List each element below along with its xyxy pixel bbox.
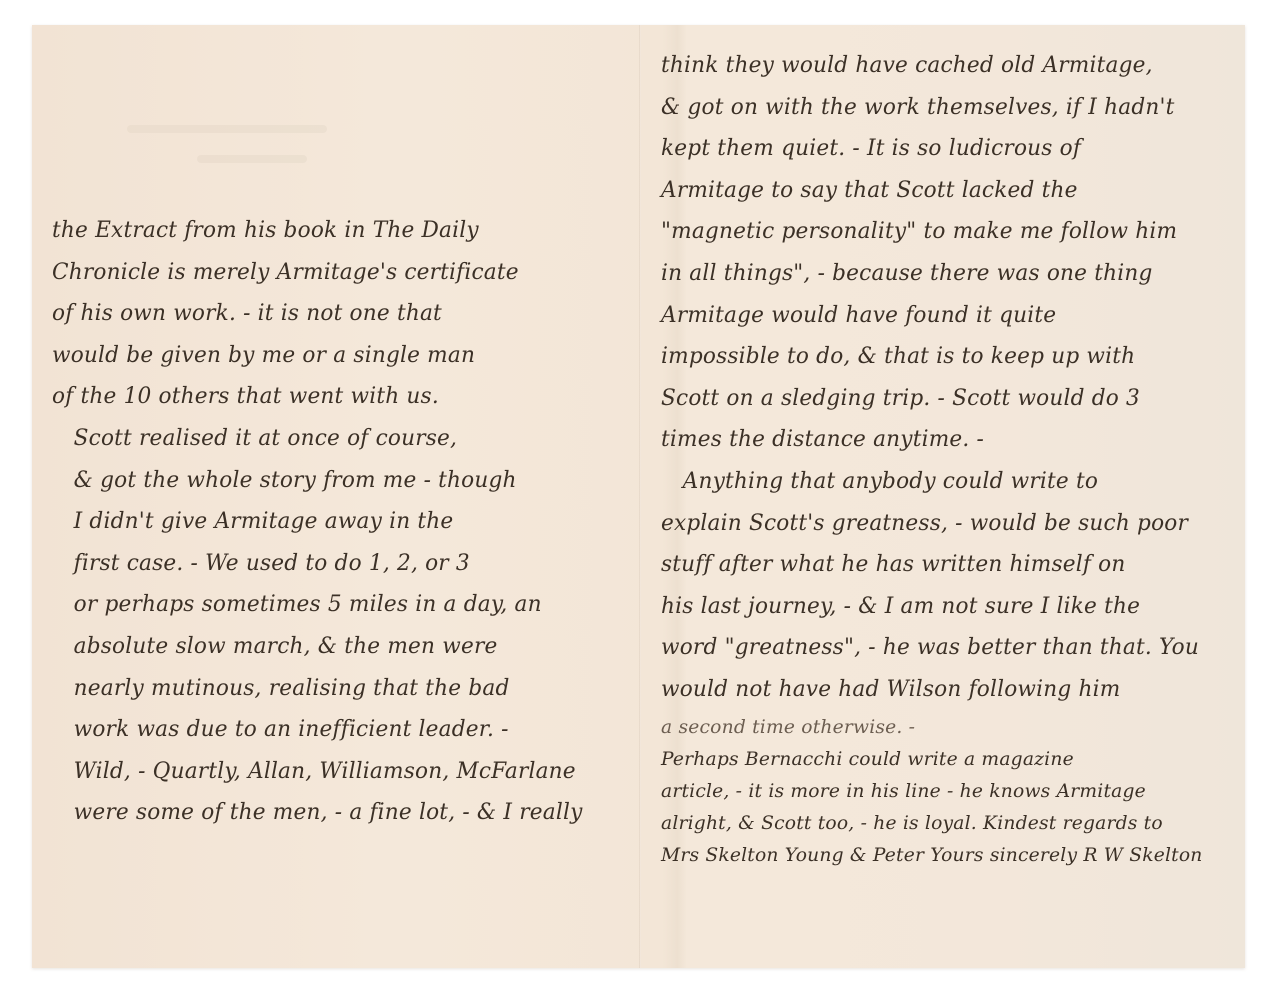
handwritten-line: I didn't give Armitage away in the bbox=[52, 501, 622, 543]
handwritten-line: of the 10 others that went with us. bbox=[52, 376, 622, 418]
handwritten-line: first case. - We used to do 1, 2, or 3 bbox=[52, 543, 622, 585]
handwritten-line: word "greatness", - he was better than t… bbox=[661, 627, 1231, 669]
handwritten-line: Chronicle is merely Armitage's certifica… bbox=[52, 252, 622, 294]
handwritten-line: in all things", - because there was one … bbox=[661, 253, 1231, 295]
handwritten-line: stuff after what he has written himself … bbox=[661, 544, 1231, 586]
handwritten-line: or perhaps sometimes 5 miles in a day, a… bbox=[52, 584, 622, 626]
handwritten-line: Anything that anybody could write to bbox=[661, 461, 1231, 503]
handwritten-line: article, - it is more in his line - he k… bbox=[661, 775, 1231, 807]
handwritten-line: a second time otherwise. - bbox=[661, 711, 1231, 743]
left-page-text: the Extract from his book in The Daily C… bbox=[52, 210, 632, 834]
handwritten-line: impossible to do, & that is to keep up w… bbox=[661, 336, 1231, 378]
letter-sheet: the Extract from his book in The Daily C… bbox=[32, 25, 1245, 968]
right-page: think they would have cached old Armitag… bbox=[641, 25, 1245, 968]
handwritten-line: kept them quiet. - It is so ludicrous of bbox=[661, 128, 1231, 170]
handwritten-line: & got the whole story from me - though bbox=[52, 460, 622, 502]
handwritten-line: would be given by me or a single man bbox=[52, 335, 622, 377]
handwritten-line: Wild, - Quartly, Allan, Williamson, McFa… bbox=[52, 751, 622, 793]
right-page-text: think they would have cached old Armitag… bbox=[661, 45, 1241, 871]
handwritten-line: explain Scott's greatness, - would be su… bbox=[661, 503, 1231, 545]
handwritten-line: Scott on a sledging trip. - Scott would … bbox=[661, 378, 1231, 420]
left-page: the Extract from his book in The Daily C… bbox=[32, 25, 639, 968]
handwritten-line: the Extract from his book in The Daily bbox=[52, 210, 622, 252]
handwritten-line: of his own work. - it is not one that bbox=[52, 293, 622, 335]
handwritten-line: Armitage would have found it quite bbox=[661, 295, 1231, 337]
handwritten-line: Armitage to say that Scott lacked the bbox=[661, 170, 1231, 212]
handwritten-line: "magnetic personality" to make me follow… bbox=[661, 211, 1231, 253]
handwritten-line: think they would have cached old Armitag… bbox=[661, 45, 1231, 87]
handwritten-line: Scott realised it at once of course, bbox=[52, 418, 622, 460]
handwritten-line: Perhaps Bernacchi could write a magazine bbox=[661, 743, 1231, 775]
letterhead-line bbox=[197, 155, 307, 163]
handwritten-line: were some of the men, - a fine lot, - & … bbox=[52, 792, 622, 834]
handwritten-line: his last journey, - & I am not sure I li… bbox=[661, 586, 1231, 628]
letterhead-line bbox=[127, 125, 327, 133]
handwritten-line: alright, & Scott too, - he is loyal. Kin… bbox=[661, 807, 1231, 839]
signature-line: Mrs Skelton Young & Peter Yours sincerel… bbox=[661, 839, 1231, 871]
handwritten-line: work was due to an inefficient leader. - bbox=[52, 709, 622, 751]
handwritten-line: would not have had Wilson following him bbox=[661, 669, 1231, 711]
handwritten-line: absolute slow march, & the men were bbox=[52, 626, 622, 668]
embossed-letterhead bbox=[102, 125, 327, 185]
handwritten-line: & got on with the work themselves, if I … bbox=[661, 87, 1231, 129]
handwritten-line: times the distance anytime. - bbox=[661, 419, 1231, 461]
handwritten-line: nearly mutinous, realising that the bad bbox=[52, 668, 622, 710]
